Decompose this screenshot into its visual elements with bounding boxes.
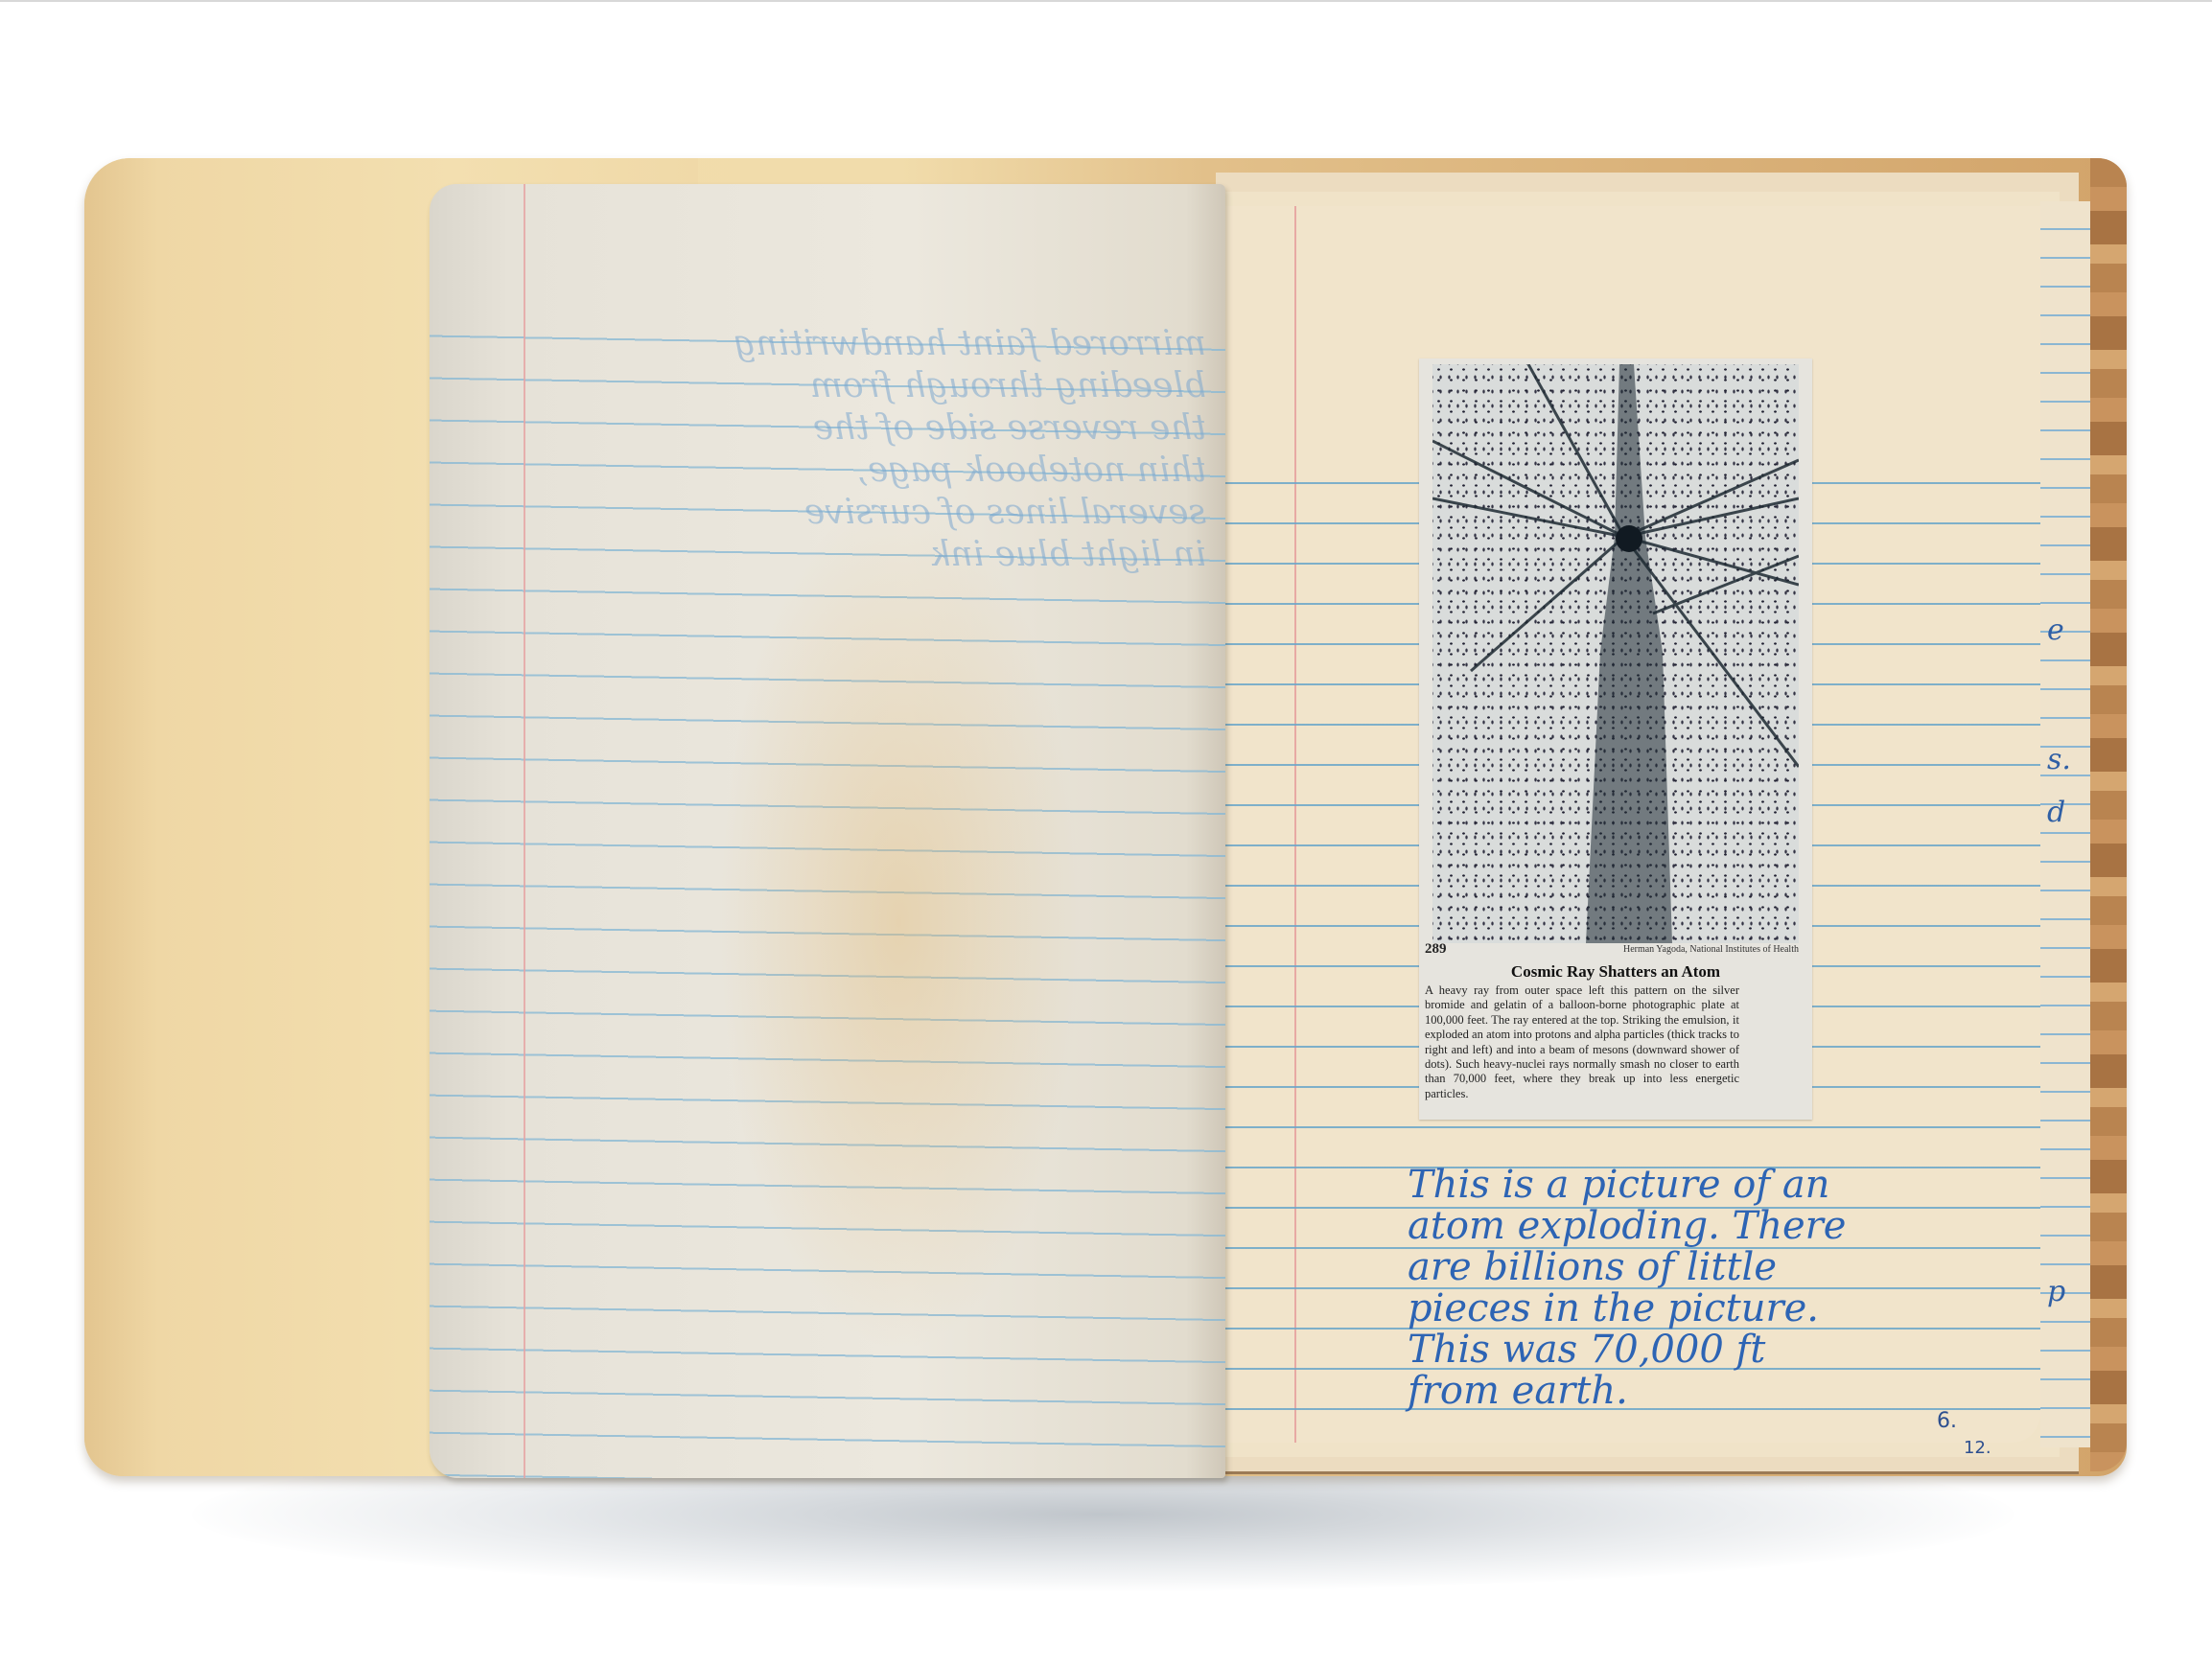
margin-note: d	[2047, 796, 2065, 829]
page-number: 6.	[1937, 1409, 1957, 1433]
newspaper-clipping: 289 Herman Yagoda, National Institutes o…	[1419, 358, 1812, 1120]
handwritten-caption: This is a picture of an atom exploding. …	[1408, 1165, 2060, 1412]
cosmic-ray-photo	[1432, 364, 1799, 943]
water-stain	[717, 491, 1082, 1353]
underlying-page-number: 12.	[1964, 1438, 1991, 1458]
torn-cover-edge	[2090, 158, 2127, 1471]
top-border-line	[0, 0, 2212, 2]
bleed-through-handwriting: mirrored faint handwriting bleeding thro…	[449, 323, 1206, 576]
margin-note: e	[2047, 613, 2064, 647]
left-notebook-page[interactable]: mirrored faint handwriting bleeding thro…	[430, 184, 1225, 1478]
figure-number: 289	[1425, 941, 1447, 958]
margin-note: s.	[2047, 743, 2071, 776]
photo-credit: Herman Yagoda, National Institutes of He…	[1623, 944, 1799, 955]
particle-track-graphic	[1432, 364, 1799, 943]
clipping-body: A heavy ray from outer space left this p…	[1425, 983, 1739, 1101]
clipping-title: Cosmic Ray Shatters an Atom	[1419, 962, 1812, 982]
